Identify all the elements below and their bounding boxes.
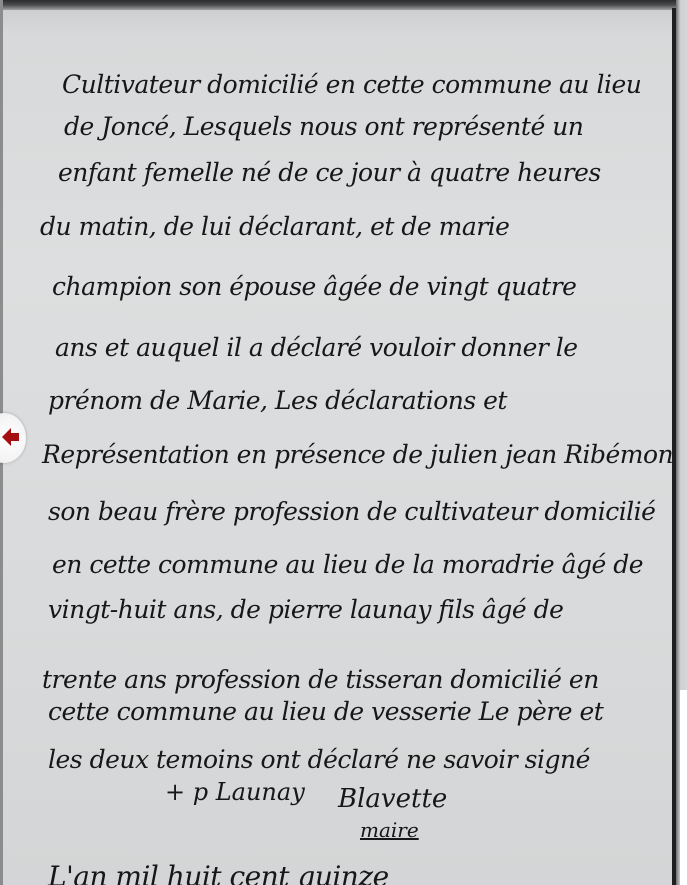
text-line-10: en cette commune au lieu de la moradrie … xyxy=(52,550,643,579)
text-line-7: prénom de Marie, Les déclarations et xyxy=(48,386,507,415)
text-line-14: les deux temoins ont déclaré ne savoir s… xyxy=(48,745,590,774)
image-viewer: Cultivateur domicilié en cette commune a… xyxy=(0,0,687,885)
viewer-background-gap xyxy=(680,690,687,885)
text-line-1: Cultivateur domicilié en cette commune a… xyxy=(62,70,641,99)
text-line-4: du matin, de lui déclarant, et de marie xyxy=(40,212,509,241)
text-line-8: Représentation en présence de julien jea… xyxy=(42,440,683,469)
document-page-scan: Cultivateur domicilié en cette commune a… xyxy=(0,0,681,885)
text-line-11: vingt-huit ans, de pierre launay fils âg… xyxy=(48,595,563,624)
text-line-6: ans et auquel il a déclaré vouloir donne… xyxy=(55,333,578,362)
next-entry-partial-line: L'an mil huit cent quinze xyxy=(48,860,389,885)
text-line-2: de Joncé, Lesquels nous ont représenté u… xyxy=(64,112,583,141)
text-line-13: cette commune au lieu de vesserie Le pèr… xyxy=(48,697,603,726)
text-line-12: trente ans profession de tisseran domici… xyxy=(42,665,599,694)
signature-mark-launay: + p Launay xyxy=(165,778,305,806)
signature-blavette: Blavette xyxy=(338,784,447,814)
text-line-3: enfant femelle né de ce jour à quatre he… xyxy=(58,158,601,187)
text-line-9: son beau frère profession de cultivateur… xyxy=(48,497,655,526)
signature-title-maire: maire xyxy=(360,818,419,842)
handwritten-text-block: Cultivateur domicilié en cette commune a… xyxy=(0,0,681,885)
text-line-5: champion son épouse âgée de vingt quatre xyxy=(52,272,576,301)
